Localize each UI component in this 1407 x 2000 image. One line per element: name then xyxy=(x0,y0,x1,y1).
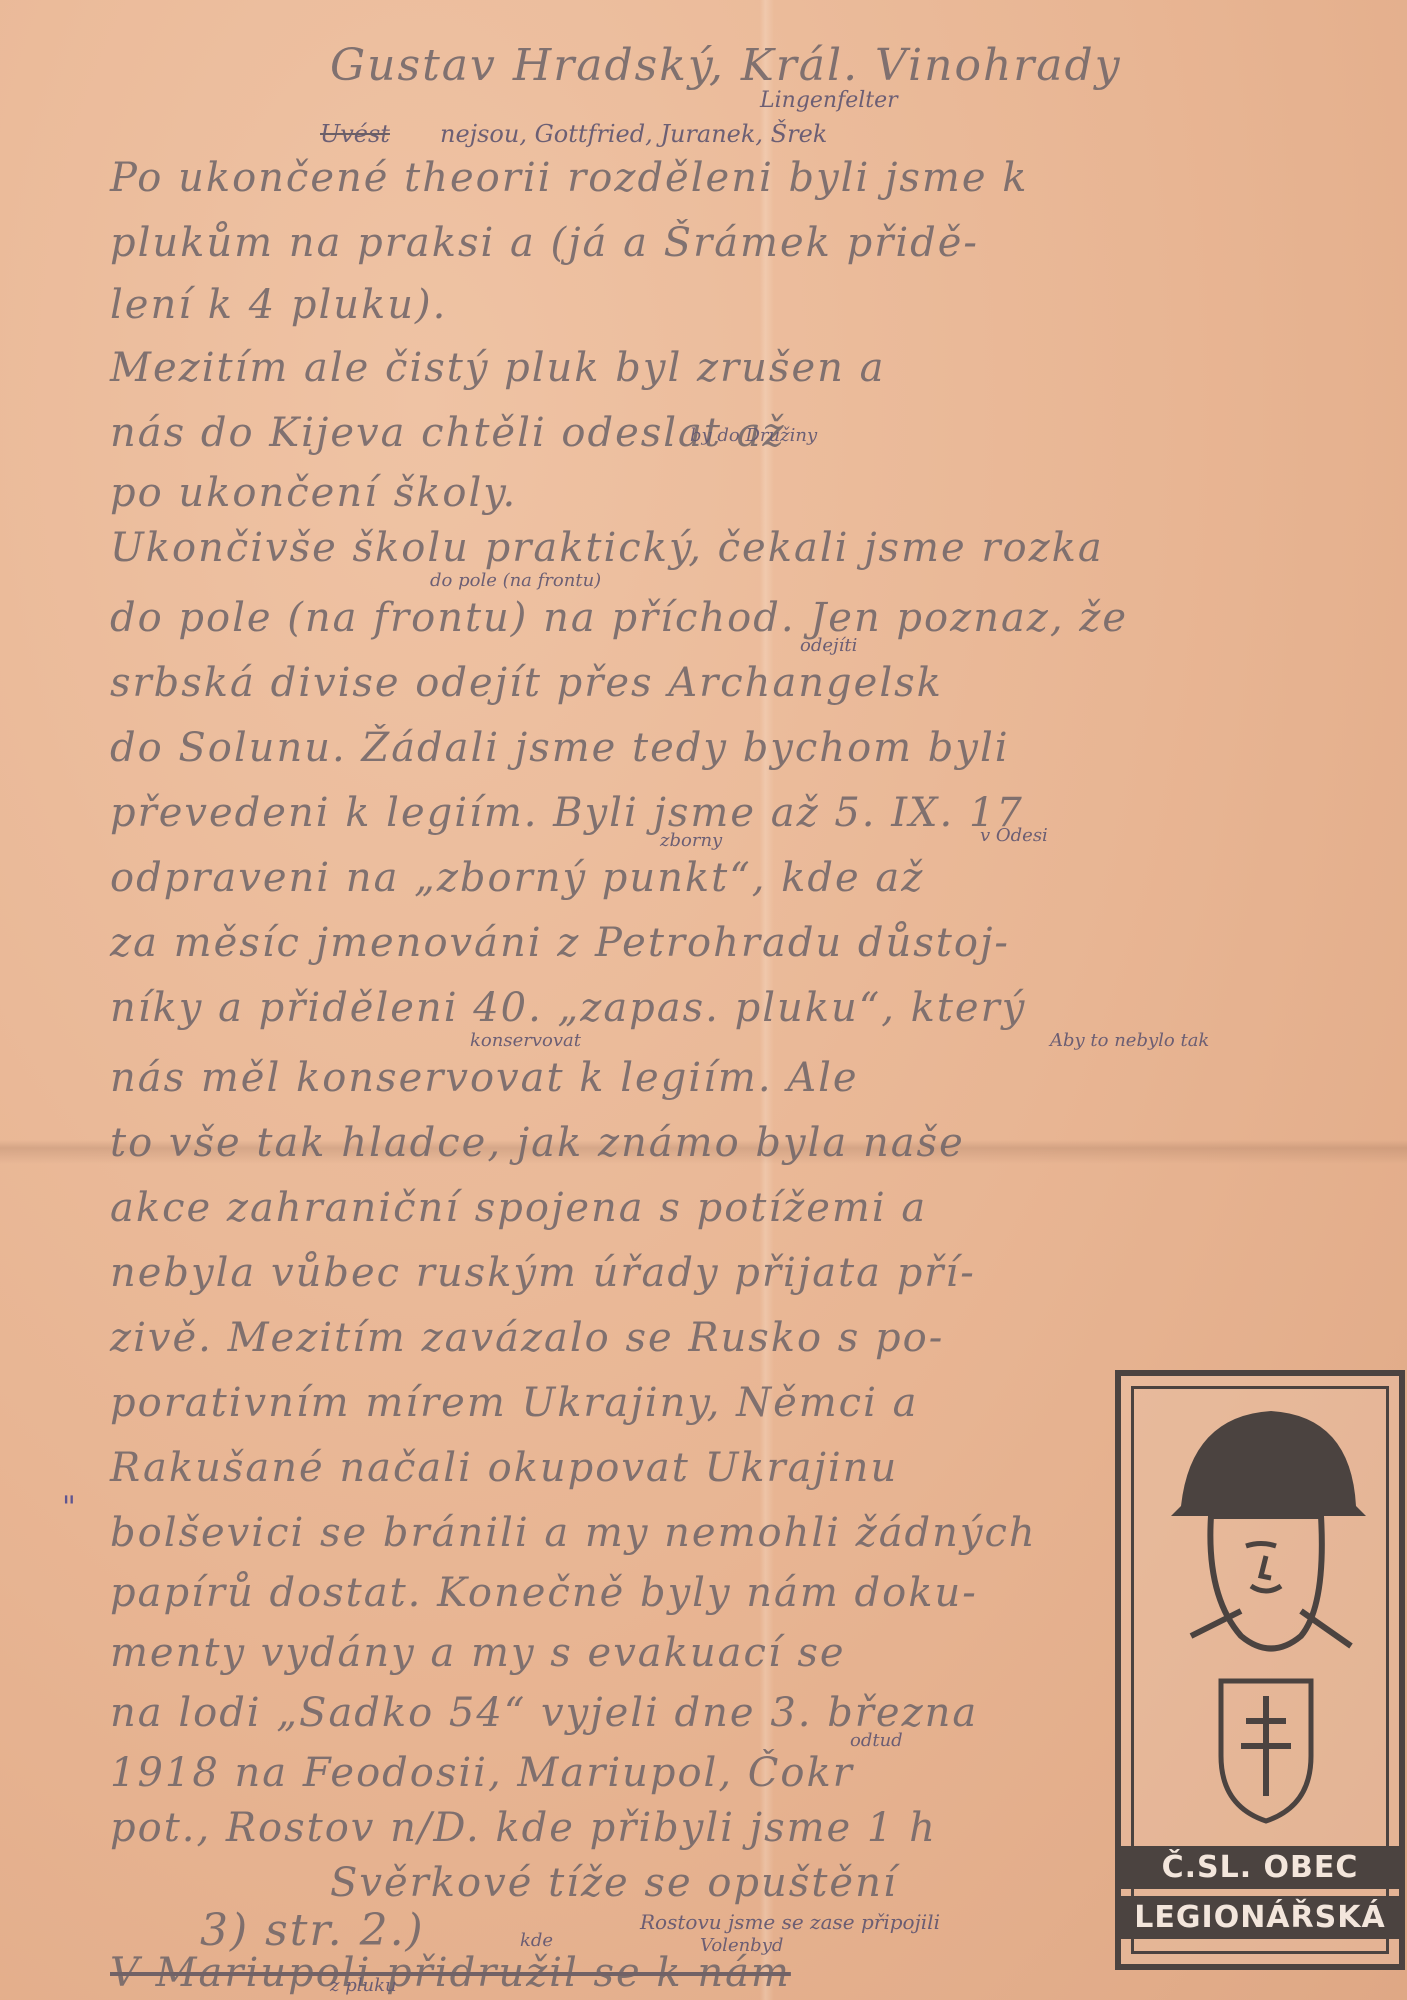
heading-insert: Lingenfelter xyxy=(760,88,898,113)
legion-stamp: Č.SL. OBEC LEGIONÁŘSKÁ xyxy=(1115,1370,1405,1970)
annotation-druziny: by do Družiny xyxy=(690,425,817,446)
text-line-19: zivě. Mezitím zavázalo se Rusko s po- xyxy=(110,1315,944,1361)
struck-text: V Mariupoli přidružil se k nám xyxy=(110,1950,791,1996)
text-line-27: pot., Rostov n/D. kde přibyli jsme 1 h xyxy=(110,1805,937,1851)
text-line-12: odpraveni na „zborný punkt“, kde až xyxy=(110,855,924,901)
text-line-15: nás měl konservovat k legiím. Ale xyxy=(110,1055,859,1101)
text-line-29: 3) str. 2.) xyxy=(200,1905,425,1956)
annotation-odejiti: odejíti xyxy=(800,635,857,656)
text-line-7: Ukončivše školu praktický, čekali jsme r… xyxy=(110,525,1104,571)
annotation-rostovu: Rostovu jsme se zase připojili xyxy=(640,1910,940,1934)
text-line-30: V Mariupoli přidružil se k nám xyxy=(110,1950,791,1996)
text-line-9: srbská divise odejít přes Archangelsk xyxy=(110,660,943,706)
text-line-5: nás do Kijeva chtěli odeslat až xyxy=(110,410,786,456)
text-line-1: Po ukončené theorii rozděleni byli jsme … xyxy=(110,155,1028,201)
text-line-4: Mezitím ale čistý pluk byl zrušen a xyxy=(110,345,885,391)
annotation-v-odesi: v Odesi xyxy=(980,825,1048,846)
text-line-28: Svěrkové tíže se opuštění xyxy=(330,1860,898,1906)
annotation-do-pole: do pole (na frontu) xyxy=(430,570,601,591)
text-line-21: Rakušané načali okupovat Ukrajinu xyxy=(110,1445,898,1491)
text-line-20: porativním mírem Ukrajiny, Němci a xyxy=(110,1380,918,1426)
text-line-18: nebyla vůbec ruským úřady přijata pří- xyxy=(110,1250,976,1296)
soldier-head-icon xyxy=(1151,1396,1371,1666)
annotation-zborny: zborny xyxy=(660,830,722,851)
heading-names: nejsou, Gottfried, Juranek, Šrek xyxy=(440,120,827,148)
text-line-10: do Solunu. Žádali jsme tedy bychom byli xyxy=(110,725,1010,771)
text-line-24: menty vydány a my s evakuací se xyxy=(110,1630,846,1676)
text-line-13: za měsíc jmenováni z Petrohradu důstoj- xyxy=(110,920,1010,966)
stamp-text-line2: LEGIONÁŘSKÁ xyxy=(1121,1896,1399,1939)
annotation-z-pluku: z pluku xyxy=(330,1975,397,1996)
annotation-aby-to: Aby to nebylo tak xyxy=(1050,1030,1209,1051)
annotation-odtud: odtud xyxy=(850,1730,903,1751)
text-line-14: níky a přiděleni 40. „zapas. pluku“, kte… xyxy=(110,985,1026,1031)
annotation-kde: kde xyxy=(520,1930,553,1951)
struck-text: Uvést xyxy=(320,120,390,148)
coat-of-arms-icon xyxy=(1216,1676,1316,1826)
document-heading: Gustav Hradský, Král. Vinohrady xyxy=(330,40,1122,91)
text-line-16: to vše tak hladce, jak známo byla naše xyxy=(110,1120,965,1166)
document-page: Gustav Hradský, Král. Vinohrady Uvést ne… xyxy=(0,0,1407,2000)
annotation-konservovat: konservovat xyxy=(470,1030,581,1051)
text-line-2: plukům na praksi a (já a Šrámek přidě- xyxy=(110,220,979,266)
margin-quote-mark: " xyxy=(62,1490,76,1525)
text-line-22: bolševici se bránili a my nemohli žádnýc… xyxy=(110,1510,1037,1556)
text-line-26: 1918 na Feodosii, Mariupol, Čokr xyxy=(110,1750,854,1796)
stamp-text-line1: Č.SL. OBEC xyxy=(1121,1846,1399,1889)
text-line-3: lení k 4 pluku). xyxy=(110,282,447,328)
text-line-6: po ukončení školy. xyxy=(110,470,517,516)
text-line-11: převedeni k legiím. Byli jsme až 5. IX. … xyxy=(110,790,1024,836)
text-line-17: akce zahraniční spojena s potížemi a xyxy=(110,1185,927,1231)
text-line-8: do pole (na frontu) na příchod. Jen pozn… xyxy=(110,595,1128,641)
text-line-25: na lodi „Sadko 54“ vyjeli dne 3. března xyxy=(110,1690,978,1736)
text-line-23: papírů dostat. Konečně byly nám doku- xyxy=(110,1570,978,1616)
heading-struck-word: Uvést xyxy=(320,120,390,148)
